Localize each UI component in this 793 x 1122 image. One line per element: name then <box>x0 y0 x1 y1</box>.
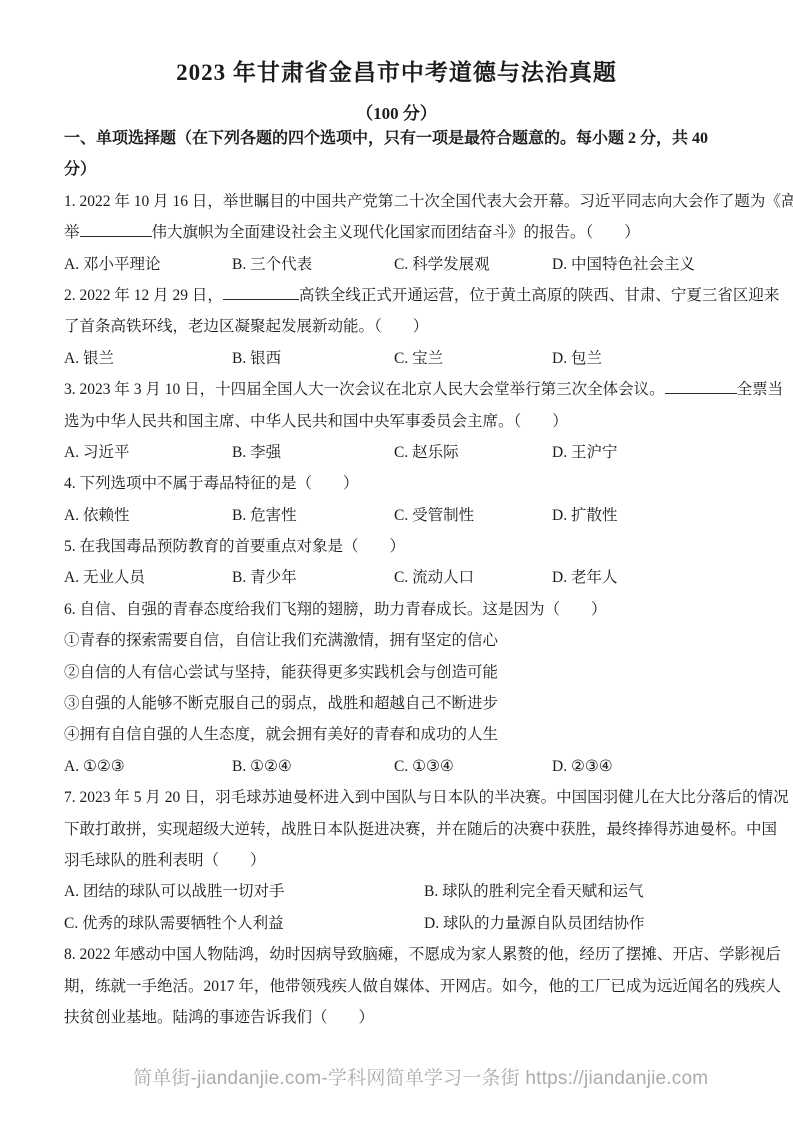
q3-line-1-post: 全票当 <box>737 381 784 398</box>
exam-body: 一、单项选择题（在下列各题的四个选项中，只有一项是最符合题意的。每小题 2 分，… <box>64 123 735 1033</box>
q1-line-2-pre: 举 <box>64 224 80 241</box>
q6-options-row: A. ①②③ B. ①②④ C. ①③④ D. ②③④ <box>64 751 735 782</box>
q2-options-row: A. 银兰 B. 银西 C. 宝兰 D. 包兰 <box>64 343 735 374</box>
q8-line-3: 扶贫创业基地。陆鸿的事迹告诉我们（ ） <box>64 1002 735 1033</box>
q8-line-2: 期，练就一手绝活。2017 年，他带领残疾人做自媒体、开网店。如今，他的工厂已成… <box>64 971 735 1002</box>
q2-option-d: D. 包兰 <box>552 343 735 374</box>
q2-option-a: A. 银兰 <box>64 343 232 374</box>
q4-line-1: 4. 下列选项中不属于毒品特征的是（ ） <box>64 468 735 499</box>
q7-options-row-2: C. 优秀的球队需要牺牲个人利益 D. 球队的力量源自队员团结协作 <box>64 908 735 939</box>
q3-line-1-pre: 3. 2023 年 3 月 10 日，十四届全国人大一次会议在北京人民大会堂举行… <box>64 381 665 398</box>
q1-line-1: 1. 2022 年 10 月 16 日，举世瞩目的中国共产党第二十次全国代表大会… <box>64 186 735 217</box>
q6-option-a: A. ①②③ <box>64 751 232 782</box>
q6-option-c: C. ①③④ <box>394 751 552 782</box>
q5-option-a: A. 无业人员 <box>64 562 232 593</box>
q4-option-c: C. 受管制性 <box>394 500 552 531</box>
q6-option-b: B. ①②④ <box>232 751 394 782</box>
section-heading-line-1: 一、单项选择题（在下列各题的四个选项中，只有一项是最符合题意的。每小题 2 分，… <box>64 123 735 154</box>
q5-option-d: D. 老年人 <box>552 562 735 593</box>
q2-line-2: 了首条高铁环线，老边区凝聚起发展新动能。（ ） <box>64 311 735 342</box>
q1-option-b: B. 三个代表 <box>232 249 394 280</box>
q7-line-1: 7. 2023 年 5 月 20 日，羽毛球苏迪曼杯进入到中国队与日本队的半决赛… <box>64 782 735 813</box>
q7-option-c: C. 优秀的球队需要牺牲个人利益 <box>64 908 424 939</box>
q3-blank-underline <box>665 380 737 394</box>
q7-options-row-1: A. 团结的球队可以战胜一切对手 B. 球队的胜利完全看天赋和运气 <box>64 876 735 907</box>
q1-line-2: 举伟大旗帜为全面建设社会主义现代化国家而团结奋斗》的报告。（ ） <box>64 217 735 248</box>
q6-line-1: 6. 自信、自强的青春态度给我们飞翔的翅膀，助力青春成长。这是因为（ ） <box>64 594 735 625</box>
q2-option-b: B. 银西 <box>232 343 394 374</box>
watermark-footer: 简单街-jiandanjie.com-学科网简单学习一条街 https://ji… <box>133 1066 708 1092</box>
q3-option-c: C. 赵乐际 <box>394 437 552 468</box>
q6-statement-2: ②自信的人有信心尝试与坚持，能获得更多实践机会与创造可能 <box>64 657 735 688</box>
page-title: 2023 年甘肃省金昌市中考道德与法治真题 <box>0 56 793 90</box>
q2-blank-underline <box>223 286 299 300</box>
q1-option-d: D. 中国特色社会主义 <box>552 249 735 280</box>
q3-line-1: 3. 2023 年 3 月 10 日，十四届全国人大一次会议在北京人民大会堂举行… <box>64 374 735 405</box>
q2-option-c: C. 宝兰 <box>394 343 552 374</box>
q6-statement-1: ①青春的探索需要自信，自信让我们充满激情，拥有坚定的信心 <box>64 625 735 656</box>
q5-options-row: A. 无业人员 B. 青少年 C. 流动人口 D. 老年人 <box>64 562 735 593</box>
q3-options-row: A. 习近平 B. 李强 C. 赵乐际 D. 王沪宁 <box>64 437 735 468</box>
q5-option-b: B. 青少年 <box>232 562 394 593</box>
q3-line-2: 选为中华人民共和国主席、中华人民共和国中央军事委员会主席。（ ） <box>64 406 735 437</box>
q5-line-1: 5. 在我国毒品预防教育的首要重点对象是（ ） <box>64 531 735 562</box>
section-heading-line-2: 分） <box>64 154 735 185</box>
exam-page: 2023 年甘肃省金昌市中考道德与法治真题 （100 分） 一、单项选择题（在下… <box>0 0 793 1122</box>
q2-line-1-post: 高铁全线正式开通运营，位于黄土高原的陕西、甘肃、宁夏三省区迎来 <box>299 287 780 304</box>
q7-line-2: 下敢打敢拼，实现超级大逆转，战胜日本队挺进决赛，并在随后的决赛中获胜，最终捧得苏… <box>64 814 735 845</box>
q6-option-d: D. ②③④ <box>552 751 735 782</box>
q7-option-d: D. 球队的力量源自队员团结协作 <box>424 908 735 939</box>
q2-line-1: 2. 2022 年 12 月 29 日，高铁全线正式开通运营，位于黄土高原的陕西… <box>64 280 735 311</box>
q7-option-a: A. 团结的球队可以战胜一切对手 <box>64 876 424 907</box>
q5-option-c: C. 流动人口 <box>394 562 552 593</box>
q1-options-row: A. 邓小平理论 B. 三个代表 C. 科学发展观 D. 中国特色社会主义 <box>64 249 735 280</box>
q6-statement-3: ③自强的人能够不断克服自己的弱点，战胜和超越自己不断进步 <box>64 688 735 719</box>
q1-blank-underline <box>80 223 152 237</box>
q4-options-row: A. 依赖性 B. 危害性 C. 受管制性 D. 扩散性 <box>64 500 735 531</box>
q4-option-d: D. 扩散性 <box>552 500 735 531</box>
q6-statement-4: ④拥有自信自强的人生态度，就会拥有美好的青春和成功的人生 <box>64 719 735 750</box>
title-block: 2023 年甘肃省金昌市中考道德与法治真题 （100 分） <box>0 0 793 128</box>
q2-line-1-pre: 2. 2022 年 12 月 29 日， <box>64 287 223 304</box>
q1-option-c: C. 科学发展观 <box>394 249 552 280</box>
q3-option-d: D. 王沪宁 <box>552 437 735 468</box>
q4-option-a: A. 依赖性 <box>64 500 232 531</box>
q3-option-a: A. 习近平 <box>64 437 232 468</box>
q7-line-3: 羽毛球队的胜利表明（ ） <box>64 845 735 876</box>
q4-option-b: B. 危害性 <box>232 500 394 531</box>
q7-option-b: B. 球队的胜利完全看天赋和运气 <box>424 876 735 907</box>
q1-option-a: A. 邓小平理论 <box>64 249 232 280</box>
q1-line-2-post: 伟大旗帜为全面建设社会主义现代化国家而团结奋斗》的报告。（ ） <box>152 224 640 241</box>
q3-option-b: B. 李强 <box>232 437 394 468</box>
q8-line-1: 8. 2022 年感动中国人物陆鸿，幼时因病导致脑瘫，不愿成为家人累赘的他，经历… <box>64 939 735 970</box>
